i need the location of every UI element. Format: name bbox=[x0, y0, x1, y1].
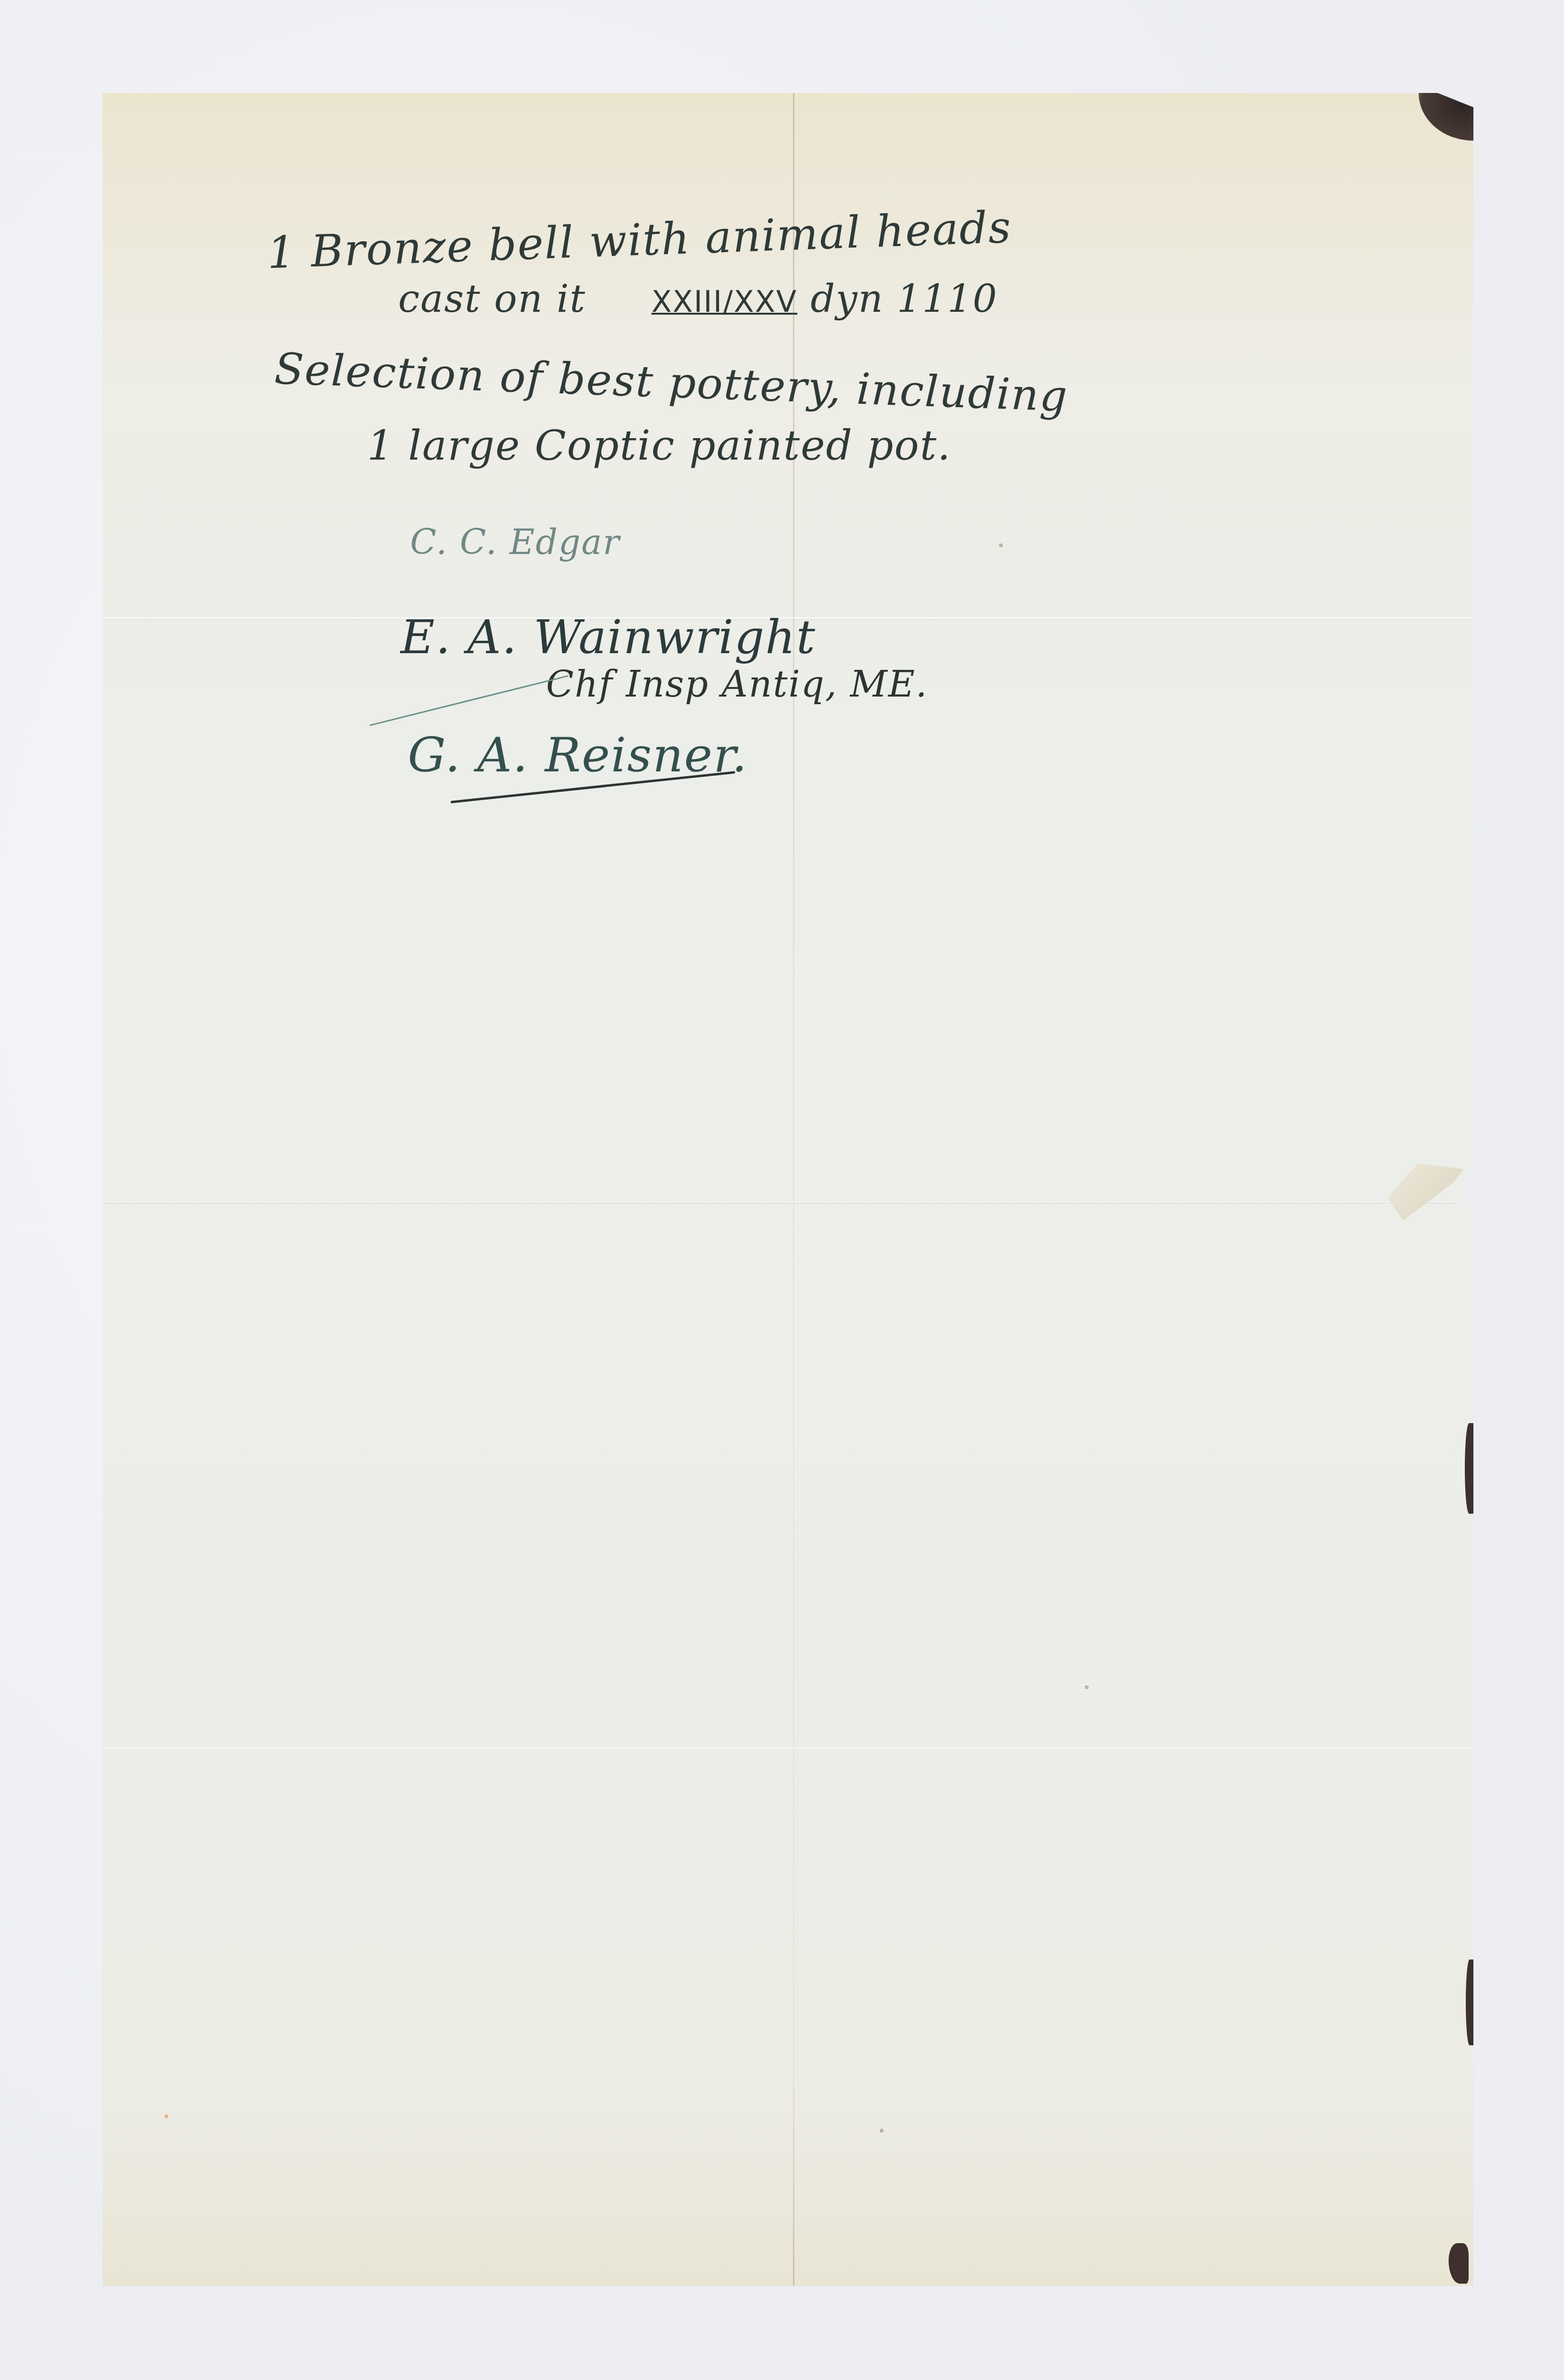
paper-discoloration-bottom bbox=[103, 2105, 1473, 2286]
entry-1-reference-suffix: dyn 1110 bbox=[811, 277, 998, 321]
torn-flap bbox=[1388, 1163, 1464, 1221]
horizontal-fold-crease bbox=[103, 1747, 1473, 1748]
foxing-spot bbox=[1085, 1685, 1089, 1689]
signatory-title: Chf Insp Antiq, ME. bbox=[546, 663, 928, 705]
document-sheet: 1 Bronze bell with animal heads cast on … bbox=[103, 93, 1473, 2286]
entry-1-cast-text: cast on it bbox=[398, 277, 586, 321]
edge-damage-right bbox=[1466, 1959, 1473, 2045]
signature-wainwright: E. A. Wainwright bbox=[401, 610, 816, 665]
entry-1-line-2: cast on it XXIII/XXV dyn 1110 bbox=[398, 277, 998, 321]
entry-2-line-2: 1 large Coptic painted pot. bbox=[367, 422, 951, 470]
foxing-spot bbox=[165, 2114, 168, 2118]
signature-edgar: C. C. Edgar bbox=[410, 522, 620, 562]
foxing-spot bbox=[880, 2129, 884, 2133]
signature-flourish bbox=[370, 675, 569, 726]
signature-reisner: G. A. Reisner. bbox=[408, 727, 748, 783]
edge-damage-right bbox=[1465, 1423, 1473, 1514]
foxing-spot bbox=[999, 544, 1003, 547]
entry-1-reference: XXIII/XXV bbox=[651, 284, 797, 319]
horizontal-fold-crease bbox=[103, 1201, 1473, 1203]
